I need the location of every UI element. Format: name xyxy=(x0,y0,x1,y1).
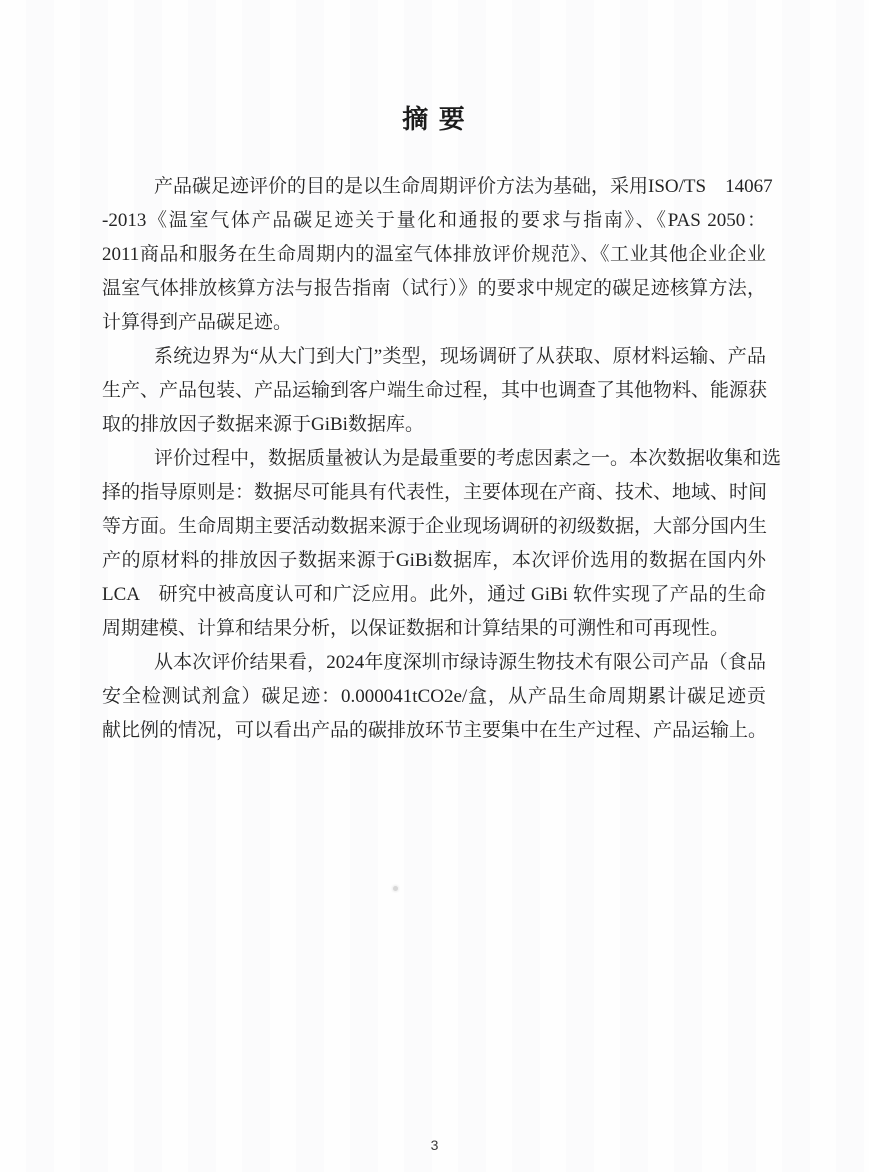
text-line: 献比例的情况，可以看出产品的碳排放环节主要集中在生产过程、产品运输上。 xyxy=(102,714,766,748)
text-line: 产的原材料的排放因子数据来源于GiBi数据库，本次评价选用的数据在国内外 xyxy=(102,544,766,578)
page-number: 3 xyxy=(0,1136,869,1154)
text-line: 从本次评价结果看，2024年度深圳市绿诗源生物技术有限公司产品（食品 xyxy=(102,646,766,680)
text-line: 温室气体排放核算方法与报告指南（试行）》的要求中规定的碳足迹核算方法， xyxy=(102,272,766,306)
page-title: 摘 要 xyxy=(0,103,869,137)
paragraph: 从本次评价结果看，2024年度深圳市绿诗源生物技术有限公司产品（食品安全检测试剂… xyxy=(102,646,766,748)
document-page: 摘 要 产品碳足迹评价的目的是以生命周期评价方法为基础，采用ISO/TS 140… xyxy=(0,0,869,1172)
text-line: 安全检测试剂盒）碳足迹：0.000041tCO2e/盒，从产品生命周期累计碳足迹… xyxy=(102,680,766,714)
paragraph: 产品碳足迹评价的目的是以生命周期评价方法为基础，采用ISO/TS 14067-2… xyxy=(102,170,766,340)
text-line: 择的指导原则是：数据尽可能具有代表性，主要体现在产商、技术、地域、时间 xyxy=(102,476,766,510)
text-line: 取的排放因子数据来源于GiBi数据库。 xyxy=(102,408,766,442)
text-line: 2011商品和服务在生命周期内的温室气体排放评价规范》、《工业其他企业企业 xyxy=(102,238,766,272)
text-line: 计算得到产品碳足迹。 xyxy=(102,306,766,340)
text-line: 周期建模、计算和结果分析，以保证数据和计算结果的可溯性和可再现性。 xyxy=(102,612,766,646)
text-line: 系统边界为“从大门到大门”类型，现场调研了从获取、原材料运输、产品 xyxy=(102,340,766,374)
paragraph: 评价过程中，数据质量被认为是最重要的考虑因素之一。本次数据收集和选择的指导原则是… xyxy=(102,442,766,646)
paragraph: 系统边界为“从大门到大门”类型，现场调研了从获取、原材料运输、产品生产、产品包装… xyxy=(102,340,766,442)
text-line: 等方面。生命周期主要活动数据来源于企业现场调研的初级数据，大部分国内生 xyxy=(102,510,766,544)
scan-speck xyxy=(393,886,398,891)
text-line: 生产、产品包装、产品运输到客户端生命过程，其中也调查了其他物料、能源获 xyxy=(102,374,766,408)
abstract-body: 产品碳足迹评价的目的是以生命周期评价方法为基础，采用ISO/TS 14067-2… xyxy=(102,170,766,748)
text-line: 评价过程中，数据质量被认为是最重要的考虑因素之一。本次数据收集和选 xyxy=(102,442,766,476)
text-line: 产品碳足迹评价的目的是以生命周期评价方法为基础，采用ISO/TS 14067 xyxy=(102,170,766,204)
text-line: -2013《温室气体产品碳足迹关于量化和通报的要求与指南》、《PAS 2050： xyxy=(102,204,766,238)
text-line: LCA 研究中被高度认可和广泛应用。此外，通过 GiBi 软件实现了产品的生命 xyxy=(102,578,766,612)
